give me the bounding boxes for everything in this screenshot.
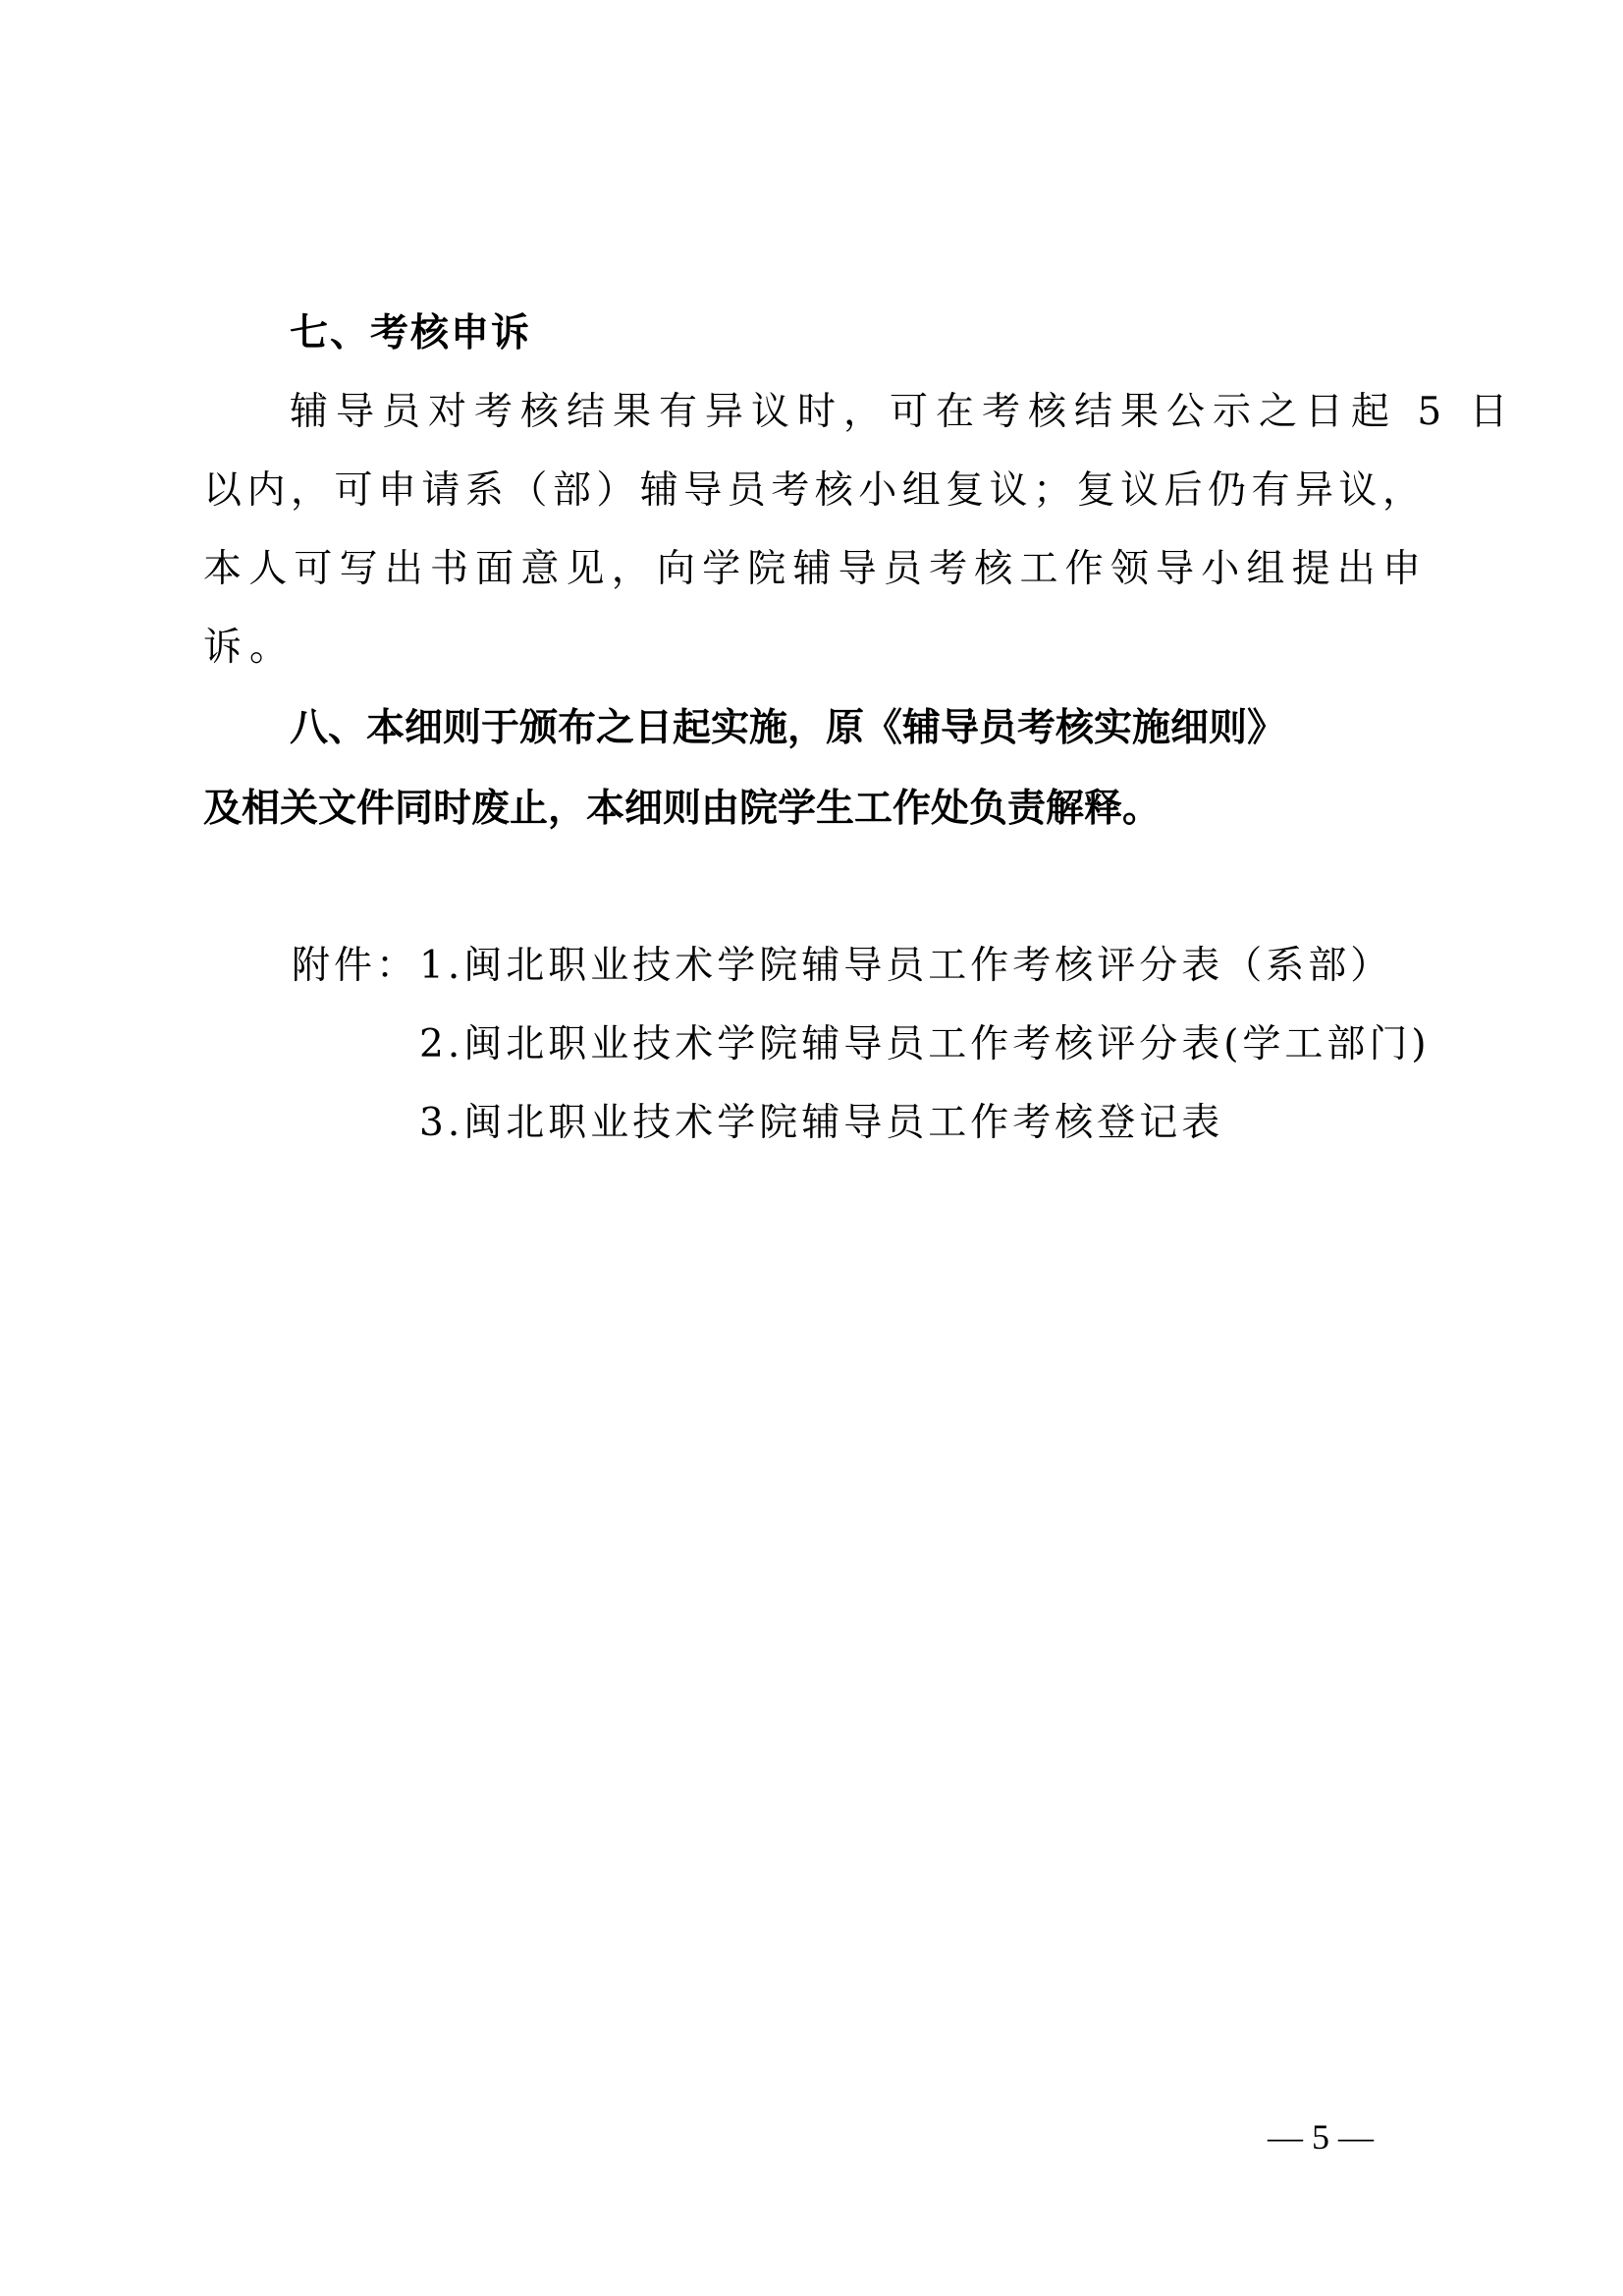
attachments-label: 附件： [292,943,418,990]
attachment-item-3: 3.闽北职业技术学院辅导员工作考核登记表 [419,1100,1223,1147]
section-8-line-2: 及相关文件同时废止，本细则由院学生工作处负责解释。 [203,786,1421,833]
section-8-line-1: 八、本细则于颁布之日起实施，原《辅导员考核实施细则》 [290,705,1419,752]
attachment-item-1: 1.闽北职业技术学院辅导员工作考核评分表（系部） [419,943,1392,990]
section-7-paragraph-line-4: 诉。 [203,625,1421,672]
section-7-paragraph-line-1: 辅导员对考核结果有异议时，可在考核结果公示之日起 5 日 [290,389,1419,436]
page-number: — 5 — [1247,2113,1394,2160]
section-7-heading: 七、考核申诉 [290,310,1507,357]
document-page: 七、考核申诉 辅导员对考核结果有异议时，可在考核结果公示之日起 5 日 以内，可… [0,0,1623,2296]
attachment-item-2: 2.闽北职业技术学院辅导员工作考核评分表(学工部门) [419,1021,1431,1068]
section-7-paragraph-line-3: 本人可写出书面意见，向学院辅导员考核工作领导小组提出申 [203,546,1421,593]
section-7-paragraph-line-2: 以内，可申请系（部）辅导员考核小组复议；复议后仍有异议， [203,467,1421,515]
